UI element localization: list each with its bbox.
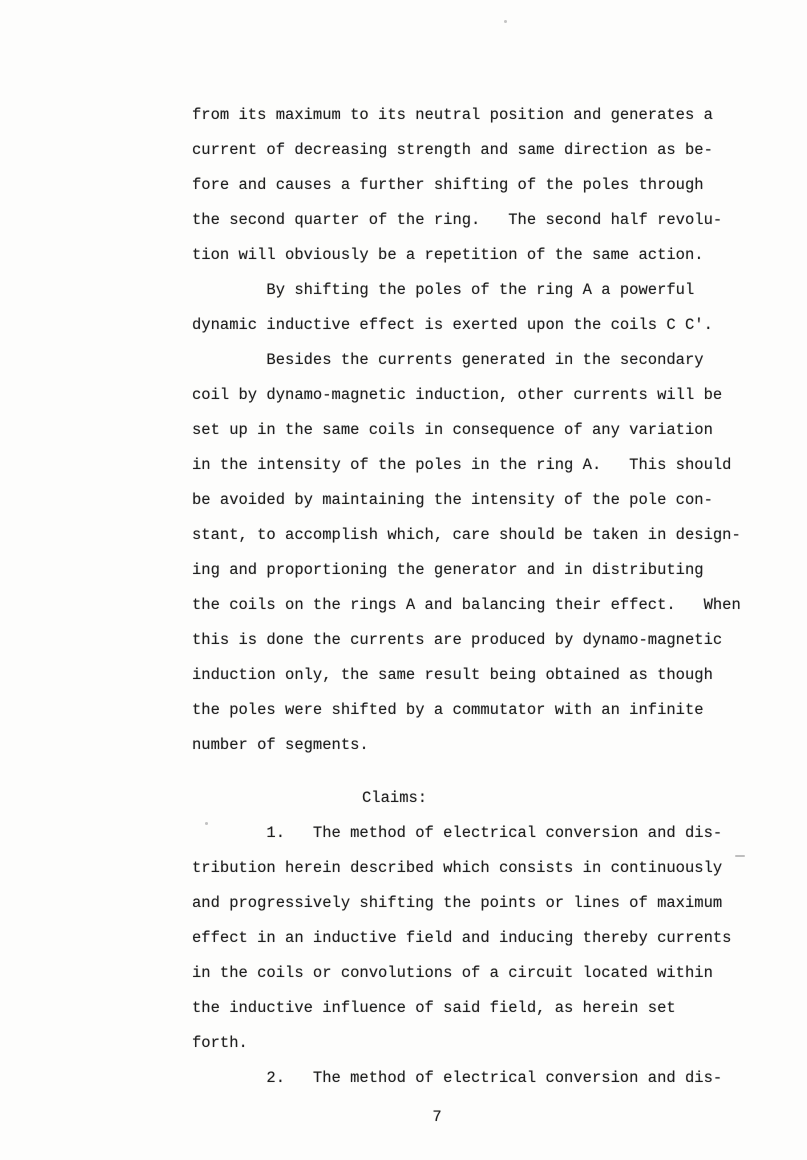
text-line: fore and causes a further shifting of th…: [192, 168, 772, 203]
text-line: the coils on the rings A and balancing t…: [192, 588, 772, 623]
text-line: in the intensity of the poles in the rin…: [192, 448, 772, 483]
text-block: from its maximum to its neutral position…: [192, 98, 772, 1135]
text-line: effect in an inductive field and inducin…: [192, 921, 772, 956]
text-line: tribution herein described which consist…: [192, 851, 772, 886]
text-line: By shifting the poles of the ring A a po…: [192, 273, 772, 308]
paragraph-pole-shifting-continuation: from its maximum to its neutral position…: [192, 98, 772, 273]
text-line: 1. The method of electrical conversion a…: [192, 816, 772, 851]
text-line: number of segments.: [192, 728, 772, 763]
text-line: forth.: [192, 1026, 772, 1061]
text-line: ing and proportioning the generator and …: [192, 553, 772, 588]
text-line: this is done the currents are produced b…: [192, 623, 772, 658]
text-line: in the coils or convolutions of a circui…: [192, 956, 772, 991]
text-line: the inductive influence of said field, a…: [192, 991, 772, 1026]
text-line: coil by dynamo-magnetic induction, other…: [192, 378, 772, 413]
text-line: 2. The method of electrical conversion a…: [192, 1061, 772, 1096]
text-line: dynamic inductive effect is exerted upon…: [192, 308, 772, 343]
text-line: stant, to accomplish which, care should …: [192, 518, 772, 553]
text-line: be avoided by maintaining the intensity …: [192, 483, 772, 518]
page-number: 7: [192, 1100, 682, 1135]
text-line: from its maximum to its neutral position…: [192, 98, 772, 133]
claim-1: 1. The method of electrical conversion a…: [192, 816, 772, 1061]
claims-heading: Claims:: [192, 781, 772, 816]
text-line: induction only, the same result being ob…: [192, 658, 772, 693]
text-line: and progressively shifting the points or…: [192, 886, 772, 921]
text-line: the second quarter of the ring. The seco…: [192, 203, 772, 238]
text-line: the poles were shifted by a commutator w…: [192, 693, 772, 728]
scan-speck: [504, 20, 507, 23]
text-line: Besides the currents generated in the se…: [192, 343, 772, 378]
text-line: current of decreasing strength and same …: [192, 133, 772, 168]
claim-2: 2. The method of electrical conversion a…: [192, 1061, 772, 1096]
paragraph-secondary-coil-currents: Besides the currents generated in the se…: [192, 343, 772, 763]
paragraph-dynamic-inductive-effect: By shifting the poles of the ring A a po…: [192, 273, 772, 343]
document-page: from its maximum to its neutral position…: [0, 0, 807, 1160]
text-line: tion will obviously be a repetition of t…: [192, 238, 772, 273]
text-line: set up in the same coils in consequence …: [192, 413, 772, 448]
